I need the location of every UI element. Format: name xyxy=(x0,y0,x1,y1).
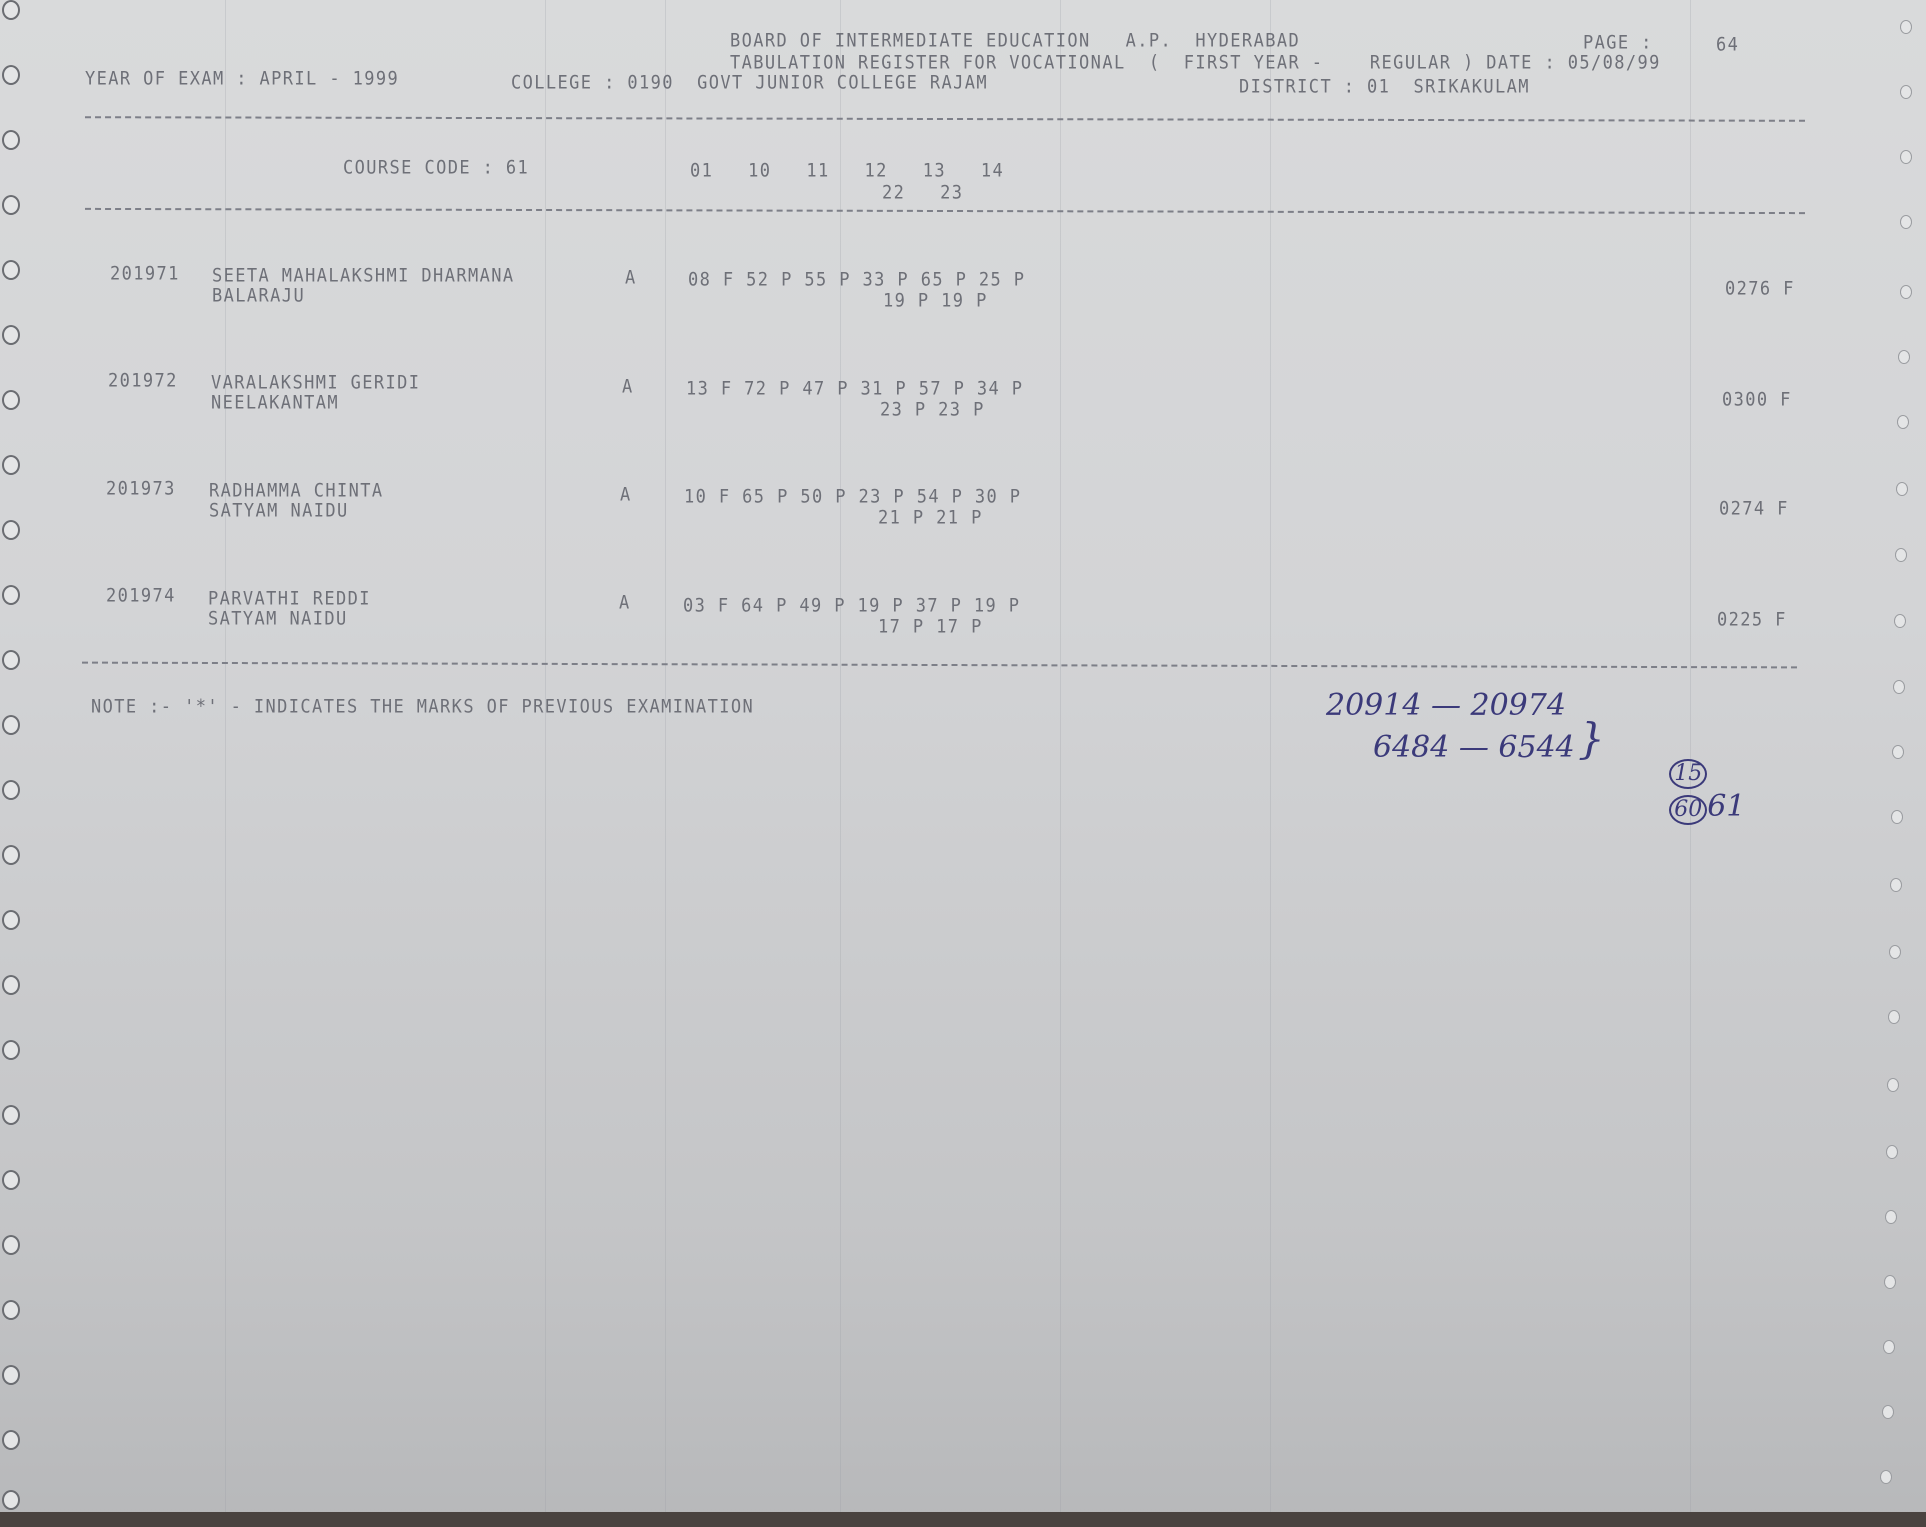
ruling-line xyxy=(1060,0,1061,1512)
hall-ticket-number: 201973 xyxy=(106,478,176,500)
board-title: BOARD OF INTERMEDIATE EDUCATION A.P. HYD… xyxy=(730,30,1300,52)
desk-edge xyxy=(0,1512,1926,1527)
marks-row1: 13 F 72 P 47 P 31 P 57 P 34 P xyxy=(686,378,1023,400)
feed-hole xyxy=(1892,745,1904,759)
feed-hole xyxy=(2,780,20,800)
feed-hole xyxy=(1887,1078,1899,1092)
group-code: A xyxy=(622,376,634,398)
feed-hole xyxy=(2,325,20,345)
hall-ticket-number: 201971 xyxy=(110,263,180,285)
tabulation-register-page: BOARD OF INTERMEDIATE EDUCATION A.P. HYD… xyxy=(0,0,1926,1512)
feed-hole xyxy=(1889,945,1901,959)
parent-name: NEELAKANTAM xyxy=(211,392,339,414)
student-name: VARALAKSHMI GERIDI xyxy=(211,372,420,394)
divider-header xyxy=(85,208,1805,214)
hall-ticket-number: 201974 xyxy=(106,585,176,607)
circled-number: 15 xyxy=(1669,759,1707,789)
feed-hole xyxy=(2,1235,20,1255)
feed-hole xyxy=(2,130,20,150)
course-code: COURSE CODE : 61 xyxy=(343,157,529,179)
feed-hole xyxy=(1897,415,1909,429)
feed-hole xyxy=(1900,150,1912,164)
parent-name: BALARAJU xyxy=(212,285,305,307)
total-result: 0300 F xyxy=(1722,389,1792,411)
feed-hole xyxy=(1885,1210,1897,1224)
divider-top xyxy=(85,116,1805,122)
group-code: A xyxy=(620,484,632,506)
feed-hole xyxy=(2,1040,20,1060)
feed-hole xyxy=(1888,1010,1900,1024)
subject-codes-row2: 22 23 xyxy=(882,182,963,204)
feed-hole xyxy=(1896,482,1908,496)
feed-hole xyxy=(2,910,20,930)
feed-hole xyxy=(1883,1340,1895,1354)
feed-hole xyxy=(2,260,20,280)
feed-hole xyxy=(2,1490,20,1510)
student-name: PARVATHI REDDI xyxy=(208,588,371,610)
feed-hole xyxy=(2,585,20,605)
divider-bottom xyxy=(82,662,1797,669)
feed-hole xyxy=(2,65,20,85)
handwritten-suffix: 61 xyxy=(1707,789,1745,824)
circled-number: 60 xyxy=(1669,795,1707,825)
feed-hole xyxy=(1895,548,1907,562)
feed-hole xyxy=(1886,1145,1898,1159)
feed-hole xyxy=(1891,810,1903,824)
ruling-line xyxy=(840,0,841,1512)
handwritten-range-2: 6484 — 6544 xyxy=(1373,730,1575,765)
feed-hole xyxy=(2,1430,20,1450)
district: DISTRICT : 01 SRIKAKULAM xyxy=(1239,76,1530,98)
ruling-line xyxy=(1270,0,1271,1512)
total-result: 0225 F xyxy=(1717,609,1787,631)
footnote: NOTE :- '*' - INDICATES THE MARKS OF PRE… xyxy=(91,696,754,718)
feed-hole xyxy=(2,715,20,735)
feed-hole xyxy=(1893,680,1905,694)
year-of-exam: YEAR OF EXAM : APRIL - 1999 xyxy=(85,68,399,90)
marks-row2: 17 P 17 P xyxy=(878,616,983,638)
feed-hole xyxy=(2,1170,20,1190)
feed-hole xyxy=(1900,85,1912,99)
feed-hole xyxy=(2,650,20,670)
ruling-line xyxy=(665,0,666,1512)
feed-hole xyxy=(2,390,20,410)
marks-row2: 23 P 23 P xyxy=(880,399,985,421)
handwritten-codes: 15 6061 xyxy=(1612,718,1745,860)
feed-hole xyxy=(1898,350,1910,364)
marks-row1: 08 F 52 P 55 P 33 P 65 P 25 P xyxy=(688,269,1025,291)
feed-hole xyxy=(2,455,20,475)
ruling-line xyxy=(225,0,226,1512)
feed-hole xyxy=(2,0,20,20)
total-result: 0274 F xyxy=(1719,498,1789,520)
page-label: PAGE : xyxy=(1583,32,1653,54)
feed-hole xyxy=(2,1300,20,1320)
group-code: A xyxy=(625,267,637,289)
feed-hole xyxy=(2,845,20,865)
student-name: RADHAMMA CHINTA xyxy=(209,480,384,502)
page-number: 64 xyxy=(1716,34,1739,56)
student-name: SEETA MAHALAKSHMI DHARMANA xyxy=(212,265,515,287)
feed-hole xyxy=(2,1365,20,1385)
total-result: 0276 F xyxy=(1725,278,1795,300)
feed-hole xyxy=(1900,285,1912,299)
parent-name: SATYAM NAIDU xyxy=(208,608,348,630)
feed-hole xyxy=(1900,20,1912,34)
feed-hole xyxy=(2,195,20,215)
feed-hole xyxy=(1884,1275,1896,1289)
register-title: TABULATION REGISTER FOR VOCATIONAL ( FIR… xyxy=(730,52,1661,74)
handwritten-range-1: 20914 — 20974 xyxy=(1326,688,1566,723)
feed-hole xyxy=(1890,878,1902,892)
feed-hole xyxy=(2,975,20,995)
marks-row2: 21 P 21 P xyxy=(878,507,983,529)
ruling-line xyxy=(545,0,546,1512)
feed-hole xyxy=(1894,614,1906,628)
hall-ticket-number: 201972 xyxy=(108,370,178,392)
feed-hole xyxy=(2,520,20,540)
subject-codes-row1: 01 10 11 12 13 14 xyxy=(690,160,1004,182)
feed-hole xyxy=(1900,215,1912,229)
marks-row1: 10 F 65 P 50 P 23 P 54 P 30 P xyxy=(684,486,1021,508)
college: COLLEGE : 0190 GOVT JUNIOR COLLEGE RAJAM xyxy=(511,72,988,94)
marks-row1: 03 F 64 P 49 P 19 P 37 P 19 P xyxy=(683,595,1020,617)
feed-hole xyxy=(1880,1470,1892,1484)
parent-name: SATYAM NAIDU xyxy=(209,500,349,522)
feed-hole xyxy=(2,1105,20,1125)
feed-hole xyxy=(1882,1405,1894,1419)
group-code: A xyxy=(619,592,631,614)
brace-icon: } xyxy=(1578,714,1605,763)
marks-row2: 19 P 19 P xyxy=(883,290,988,312)
